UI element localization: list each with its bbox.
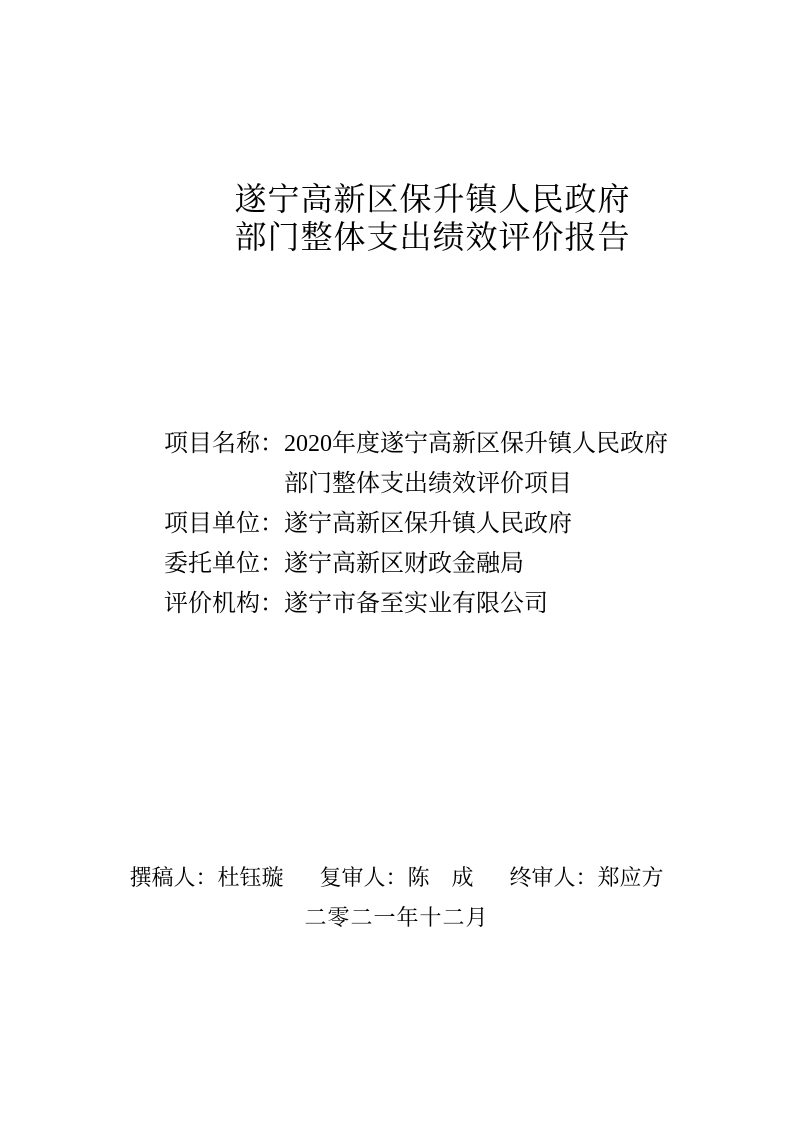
report-title-line2: 部门整体支出绩效评价报告 <box>72 218 793 256</box>
project-unit-label: 项目单位： <box>164 504 284 544</box>
project-unit-value-line1: 遂宁高新区保升镇人民政府 <box>284 504 572 544</box>
project-name-value-line1: 2020年度遂宁高新区保升镇人民政府 <box>284 424 668 464</box>
info-row-project-name: 项目名称： 2020年度遂宁高新区保升镇人民政府 部门整体支出绩效评价项目 <box>164 424 668 504</box>
report-title: 遂宁高新区保升镇人民政府 部门整体支出绩效评价报告 <box>0 180 793 256</box>
report-cover-page: 遂宁高新区保升镇人民政府 部门整体支出绩效评价报告 项目名称： 2020年度遂宁… <box>0 0 793 1122</box>
author-group-drafter: 撰稿人：杜钰璇 <box>129 858 283 898</box>
report-date: 二零二一年十二月 <box>0 898 793 938</box>
final-approver-role-label: 终审人： <box>510 865 598 890</box>
info-row-evaluation-agency: 评价机构： 遂宁市备至实业有限公司 <box>164 584 668 624</box>
entrusting-unit-label: 委托单位： <box>164 544 284 584</box>
reviewer-role-label: 复审人： <box>319 865 407 890</box>
final-approver-name: 郑应方 <box>598 865 664 890</box>
project-unit-value: 遂宁高新区保升镇人民政府 <box>284 504 572 544</box>
info-row-entrusting-unit: 委托单位： 遂宁高新区财政金融局 <box>164 544 668 584</box>
entrusting-unit-value-line1: 遂宁高新区财政金融局 <box>284 544 524 584</box>
reviewer-name: 陈 成 <box>408 865 474 890</box>
project-name-value: 2020年度遂宁高新区保升镇人民政府 部门整体支出绩效评价项目 <box>284 424 668 504</box>
drafter-name: 杜钰璇 <box>217 865 283 890</box>
project-info-block: 项目名称： 2020年度遂宁高新区保升镇人民政府 部门整体支出绩效评价项目 项目… <box>164 424 668 624</box>
project-name-label: 项目名称： <box>164 424 284 464</box>
evaluation-agency-value: 遂宁市备至实业有限公司 <box>284 584 548 624</box>
entrusting-unit-value: 遂宁高新区财政金融局 <box>284 544 524 584</box>
info-row-project-unit: 项目单位： 遂宁高新区保升镇人民政府 <box>164 504 668 544</box>
author-group-final-approver: 终审人：郑应方 <box>510 858 664 898</box>
evaluation-agency-label: 评价机构： <box>164 584 284 624</box>
project-name-value-line2: 部门整体支出绩效评价项目 <box>284 464 668 504</box>
report-title-line1: 遂宁高新区保升镇人民政府 <box>72 180 793 218</box>
evaluation-agency-value-line1: 遂宁市备至实业有限公司 <box>284 584 548 624</box>
authors-line: 撰稿人：杜钰璇 复审人：陈 成 终审人：郑应方 <box>0 858 793 898</box>
drafter-role-label: 撰稿人： <box>129 865 217 890</box>
author-group-reviewer: 复审人：陈 成 <box>319 858 473 898</box>
